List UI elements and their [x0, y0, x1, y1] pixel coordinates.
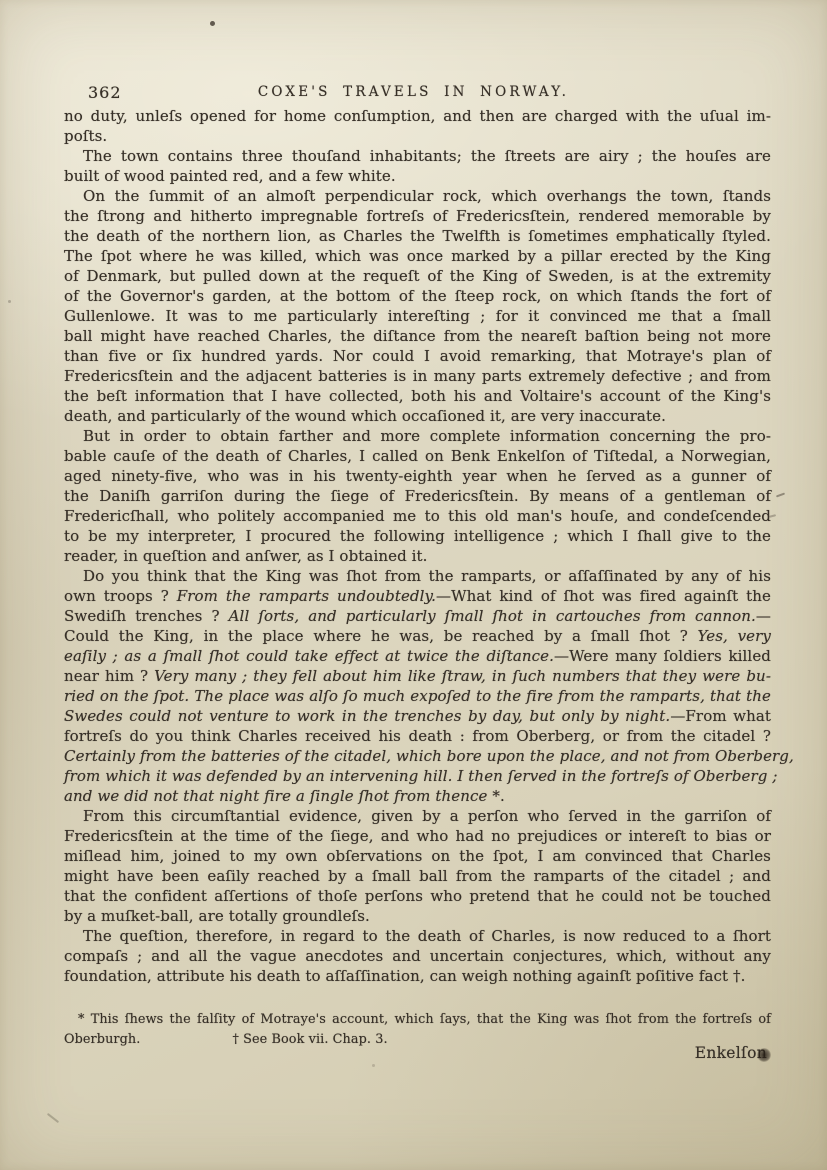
- text-line: Could the King, in the place where he wa…: [64, 626, 771, 646]
- page-body-text: no duty, unleſs opened for home conſumpt…: [64, 106, 771, 986]
- text-line: foundation, attribute his death to aſſaſ…: [64, 966, 771, 986]
- roman-text: the beſt information that I have collect…: [64, 387, 771, 405]
- paragraph: From this circumſtantial evidence, given…: [64, 806, 771, 926]
- text-line: But in order to obtain farther and more …: [64, 426, 771, 446]
- paragraph: * This ſhews the falſity of Motraye's ac…: [64, 1010, 771, 1050]
- text-line: Fredericsſtein at the time of the ſiege,…: [64, 826, 771, 846]
- text-line: bable cauſe of the death of Charles, I c…: [64, 446, 771, 466]
- paper-speck: [372, 1064, 375, 1067]
- text-line: compaſs ; and all the vague anecdotes an…: [64, 946, 771, 966]
- text-line: aged ninety-five, who was in his twenty-…: [64, 466, 771, 486]
- text-line: to be my interpreter, I procured the fol…: [64, 526, 771, 546]
- text-line: the beſt information that I have collect…: [64, 386, 771, 406]
- book-page: 362 COXE'S TRAVELS IN NORWAY. no duty, u…: [0, 0, 827, 1170]
- paper-speck: [47, 1113, 59, 1123]
- roman-text: of Denmark, but pulled down at the reque…: [64, 267, 771, 285]
- text-line: than five or ſix hundred yards. Nor coul…: [64, 346, 771, 366]
- roman-text: —: [756, 607, 771, 625]
- roman-text: fortreſs do you think Charles received h…: [64, 727, 771, 745]
- italic-text: Certainly from the batteries of the cita…: [64, 747, 794, 765]
- paper-speck: [210, 21, 215, 26]
- text-line: no duty, unleſs opened for home conſumpt…: [64, 106, 771, 126]
- text-line: Swedes could not venture to work in the …: [64, 706, 771, 726]
- text-line: from which it was defended by an interve…: [64, 766, 771, 786]
- roman-text: Swediſh trenches ?: [64, 607, 229, 625]
- italic-text: Yes, very: [698, 627, 771, 645]
- text-line: Swediſh trenches ? All ſorts, and partic…: [64, 606, 771, 626]
- roman-text: —Were many ſoldiers killed: [554, 647, 771, 665]
- text-line: From this circumſtantial evidence, given…: [64, 806, 771, 826]
- roman-text: miſlead him, joined to my own obſervatio…: [64, 847, 771, 865]
- roman-text: Oberburgh.: [64, 1032, 140, 1047]
- paragraph: no duty, unleſs opened for home conſumpt…: [64, 106, 771, 146]
- text-line: Certainly from the batteries of the cita…: [64, 746, 771, 766]
- roman-text: The ſpot where he was killed, which was …: [64, 247, 771, 265]
- text-line: Gullenlowe. It was to me particularly in…: [64, 306, 771, 326]
- footnote: * This ſhews the falſity of Motraye's ac…: [64, 1010, 771, 1050]
- roman-text: † See Book vii. Chap. 3.: [232, 1032, 387, 1047]
- roman-text: near him ?: [64, 667, 154, 685]
- text-line: The queſtion, therefore, in regard to th…: [64, 926, 771, 946]
- text-line: death, and particularly of the wound whi…: [64, 406, 771, 426]
- roman-text: built of wood painted red, and a few whi…: [64, 167, 396, 185]
- roman-text: Gullenlowe. It was to me particularly in…: [64, 307, 771, 325]
- roman-text: foundation, attribute his death to aſſaſ…: [64, 967, 745, 985]
- roman-text: ball might have reached Charles, the diſ…: [64, 327, 771, 345]
- roman-text: poſts.: [64, 127, 107, 145]
- running-head: 362 COXE'S TRAVELS IN NORWAY.: [0, 82, 827, 104]
- catchword: Enkelſon: [695, 1044, 767, 1062]
- text-line: ball might have reached Charles, the diſ…: [64, 326, 771, 346]
- italic-text: Very many ; they fell about him like ſtr…: [154, 667, 771, 685]
- text-line: miſlead him, joined to my own obſervatio…: [64, 846, 771, 866]
- text-line: built of wood painted red, and a few whi…: [64, 166, 771, 186]
- roman-text: of the Governor's garden, at the bottom …: [64, 287, 771, 305]
- roman-text: to be my interpreter, I procured the fol…: [64, 527, 771, 545]
- italic-text: eaſily ; as a ſmall ſhot could take effe…: [64, 647, 554, 665]
- roman-text: The town contains three thouſand inhabit…: [83, 147, 771, 165]
- roman-text: —From what: [670, 707, 771, 725]
- text-line: own troops ? From the ramparts undoubted…: [64, 586, 771, 606]
- roman-text: * This ſhews the falſity of Motraye's ac…: [78, 1012, 771, 1027]
- roman-text: From this circumſtantial evidence, given…: [83, 807, 771, 825]
- italic-text: from which it was defended by an interve…: [64, 767, 778, 785]
- paragraph: But in order to obtain farther and more …: [64, 426, 771, 566]
- text-line: the ſtrong and hitherto impregnable fort…: [64, 206, 771, 226]
- roman-text: Fredericsſtein and the adjacent batterie…: [64, 367, 771, 385]
- text-line: and we did not that night fire a ſingle …: [64, 786, 771, 806]
- italic-text: ried on the ſpot. The place was alſo ſo …: [64, 687, 771, 705]
- roman-text: no duty, unleſs opened for home conſumpt…: [64, 107, 771, 125]
- text-line: fortreſs do you think Charles received h…: [64, 726, 771, 746]
- italic-text: Swedes could not venture to work in the …: [64, 707, 670, 725]
- italic-text: All ſorts, and particularly ſmall ſhot i…: [229, 607, 756, 625]
- italic-text: and we did not that night fire a ſingle …: [64, 787, 487, 805]
- roman-text: Do you think that the King was ſhot from…: [83, 567, 771, 585]
- running-title: COXE'S TRAVELS IN NORWAY.: [0, 84, 827, 100]
- roman-text: the death of the northern lion, as Charl…: [64, 227, 771, 245]
- text-line: poſts.: [64, 126, 771, 146]
- roman-text: might have been eaſily reached by a ſmal…: [64, 867, 771, 885]
- roman-text: compaſs ; and all the vague anecdotes an…: [64, 947, 771, 965]
- roman-text: aged ninety-five, who was in his twenty-…: [64, 467, 771, 485]
- paragraph: The queſtion, therefore, in regard to th…: [64, 926, 771, 986]
- paragraph: The town contains three thouſand inhabit…: [64, 146, 771, 186]
- roman-text: that the confident aſſertions of thoſe p…: [64, 887, 771, 905]
- roman-text: Fredericsſtein at the time of the ſiege,…: [64, 827, 771, 845]
- roman-text: the Daniſh garriſon during the ſiege of …: [64, 487, 771, 505]
- text-line: ried on the ſpot. The place was alſo ſo …: [64, 686, 771, 706]
- paragraph: On the ſummit of an almoſt perpendicular…: [64, 186, 771, 426]
- roman-text: Could the King, in the place where he wa…: [64, 627, 698, 645]
- roman-text: Fredericſhall, who politely accompanied …: [64, 507, 771, 525]
- paper-speck: [8, 300, 11, 303]
- ink-blot-icon: [757, 1048, 771, 1062]
- roman-text: death, and particularly of the wound whi…: [64, 407, 666, 425]
- text-line: Fredericſhall, who politely accompanied …: [64, 506, 771, 526]
- text-line: Fredericsſtein and the adjacent batterie…: [64, 366, 771, 386]
- text-line: that the confident aſſertions of thoſe p…: [64, 886, 771, 906]
- text-line: of the Governor's garden, at the bottom …: [64, 286, 771, 306]
- paper-speck: [776, 493, 785, 498]
- roman-text: reader, in queſtion and anſwer, as I obt…: [64, 547, 428, 565]
- text-line: by a muſket-ball, are totally groundleſs…: [64, 906, 771, 926]
- roman-text: own troops ?: [64, 587, 177, 605]
- italic-text: From the ramparts undoubtedly.: [177, 587, 436, 605]
- roman-text: bable cauſe of the death of Charles, I c…: [64, 447, 771, 465]
- text-line: the death of the northern lion, as Charl…: [64, 226, 771, 246]
- text-line: The ſpot where he was killed, which was …: [64, 246, 771, 266]
- roman-text: On the ſummit of an almoſt perpendicular…: [83, 187, 771, 205]
- text-line: On the ſummit of an almoſt perpendicular…: [64, 186, 771, 206]
- text-line: might have been eaſily reached by a ſmal…: [64, 866, 771, 886]
- roman-text: But in order to obtain farther and more …: [83, 427, 771, 445]
- text-line: near him ? Very many ; they fell about h…: [64, 666, 771, 686]
- text-line: the Daniſh garriſon during the ſiege of …: [64, 486, 771, 506]
- text-line: The town contains three thouſand inhabit…: [64, 146, 771, 166]
- text-line: * This ſhews the falſity of Motraye's ac…: [64, 1010, 771, 1030]
- roman-text: —What kind of ſhot was fired againſt the: [436, 587, 771, 605]
- text-line: reader, in queſtion and anſwer, as I obt…: [64, 546, 771, 566]
- text-line: eaſily ; as a ſmall ſhot could take effe…: [64, 646, 771, 666]
- paragraph: Do you think that the King was ſhot from…: [64, 566, 771, 806]
- text-line: of Denmark, but pulled down at the reque…: [64, 266, 771, 286]
- text-line: Do you think that the King was ſhot from…: [64, 566, 771, 586]
- roman-text: than five or ſix hundred yards. Nor coul…: [64, 347, 771, 365]
- roman-text: *.: [487, 787, 504, 805]
- text-line: Oberburgh.† See Book vii. Chap. 3.: [64, 1030, 771, 1050]
- roman-text: the ſtrong and hitherto impregnable fort…: [64, 207, 771, 225]
- roman-text: by a muſket-ball, are totally groundleſs…: [64, 907, 370, 925]
- roman-text: The queſtion, therefore, in regard to th…: [83, 927, 771, 945]
